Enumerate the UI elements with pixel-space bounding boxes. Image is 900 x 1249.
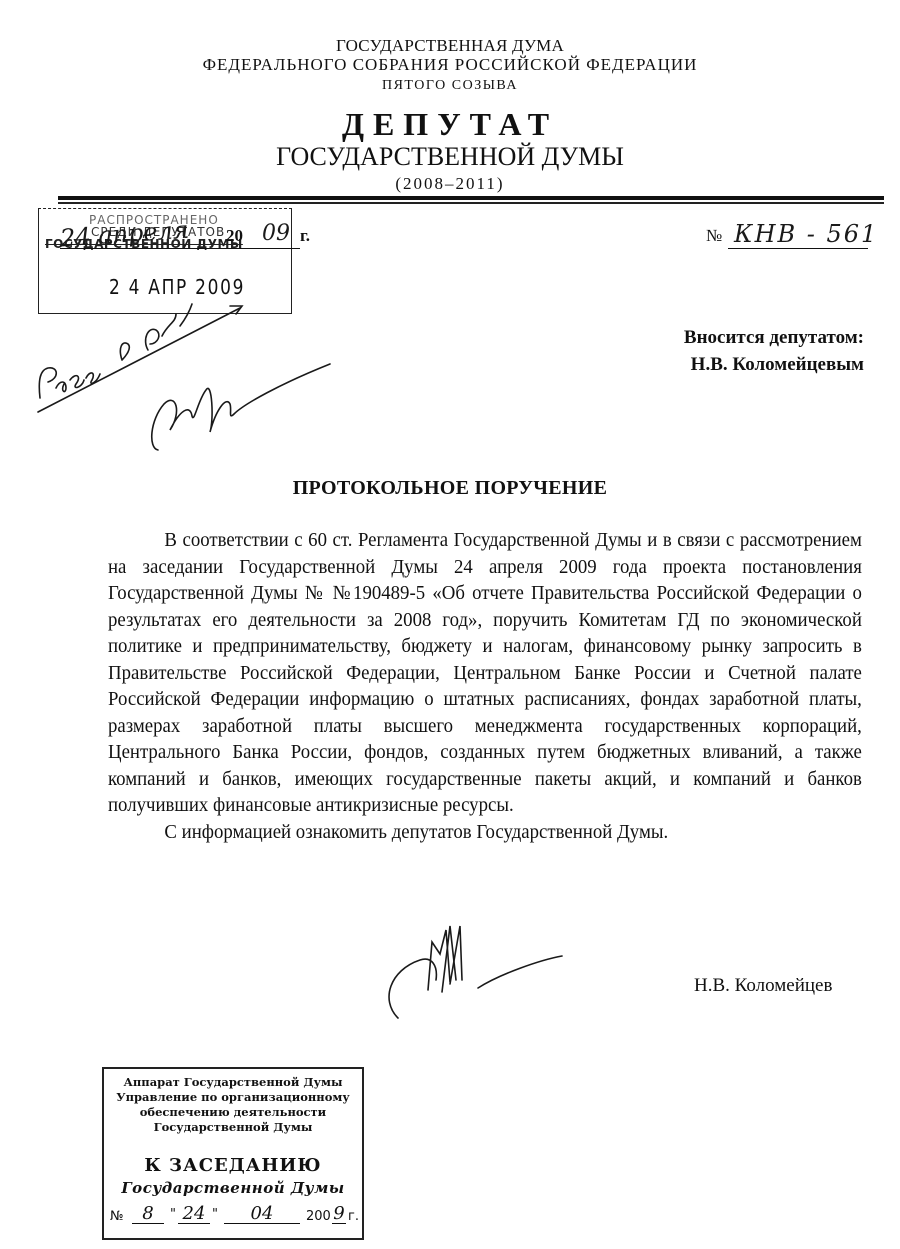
session-stamp: Аппарат Государственной Думы Управление … (102, 1067, 364, 1240)
registration-number-underline (728, 248, 868, 249)
registration-number-value: КНВ - 561 (734, 220, 878, 248)
session-stamp-number-label: № (110, 1209, 124, 1224)
letterhead-line-2: ФЕДЕРАЛЬНОГО СОБРАНИЯ РОССИЙСКОЙ ФЕДЕРАЦ… (0, 55, 900, 75)
submitted-by-label: Вносится депутатом: (684, 324, 864, 351)
session-stamp-org-line-3: обеспечению деятельности (104, 1105, 362, 1120)
header-rule-thin (58, 202, 884, 204)
session-stamp-date-row: № 8 " 24 " 04 200 9 г. (110, 1205, 360, 1229)
session-stamp-year: 9 (332, 1205, 346, 1224)
submitted-by: Вносится депутатом: Н.В. Коломейцевым (684, 324, 864, 378)
letterhead-years: (2008–2011) (0, 174, 900, 194)
letterhead-subtitle: ГОСУДАРСТВЕННОЙ ДУМЫ (0, 142, 900, 172)
session-stamp-org: Аппарат Государственной Думы Управление … (104, 1075, 362, 1135)
letterhead-title: ДЕПУТАТ (0, 106, 900, 143)
signature-icon (370, 920, 570, 1030)
resolution-scribble (30, 300, 360, 460)
date-year-suffix: г. (300, 226, 310, 246)
session-stamp-number: 8 (132, 1205, 164, 1224)
session-stamp-quote-open: " (170, 1207, 176, 1222)
session-stamp-org-line-1: Аппарат Государственной Думы (104, 1075, 362, 1090)
session-stamp-year-prefix: 200 (306, 1209, 331, 1224)
session-stamp-subtitle: Государственной Думы (104, 1179, 362, 1197)
signer-name: Н.В. Коломейцев (694, 975, 832, 997)
session-stamp-month: 04 (224, 1205, 300, 1224)
date-underline (60, 248, 300, 249)
header-rule-thick (58, 196, 884, 200)
distribution-stamp-date: 2 4 АПР 2009 (109, 275, 245, 299)
document-title: ПРОТОКОЛЬНОЕ ПОРУЧЕНИЕ (0, 477, 900, 500)
session-stamp-quote-close: " (212, 1207, 218, 1222)
session-stamp-year-suffix: г. (348, 1209, 359, 1224)
body-paragraph-1: В соответствии с 60 ст. Регламента Госуд… (108, 527, 862, 819)
letterhead-line-3: ПЯТОГО СОЗЫВА (0, 78, 900, 94)
session-stamp-title: К ЗАСЕДАНИЮ (104, 1155, 362, 1176)
handwritten-resolution-icon (30, 300, 360, 460)
submitted-by-name: Н.В. Коломейцевым (684, 351, 864, 378)
registration-number-label: № (706, 226, 722, 246)
body-paragraph-2: С информацией ознакомить депутатов Госуд… (108, 819, 862, 846)
session-stamp-day: 24 (178, 1205, 210, 1224)
date-year-prefix: 20 (226, 226, 243, 246)
session-stamp-org-line-2: Управление по организационному (104, 1090, 362, 1105)
deputy-signature (370, 920, 570, 1030)
date-year-handwritten: 09 (262, 221, 290, 246)
document-body: В соответствии с 60 ст. Регламента Госуд… (108, 527, 862, 845)
letterhead-line-1: ГОСУДАРСТВЕННАЯ ДУМА (0, 36, 900, 56)
session-stamp-org-line-4: Государственной Думы (104, 1120, 362, 1135)
